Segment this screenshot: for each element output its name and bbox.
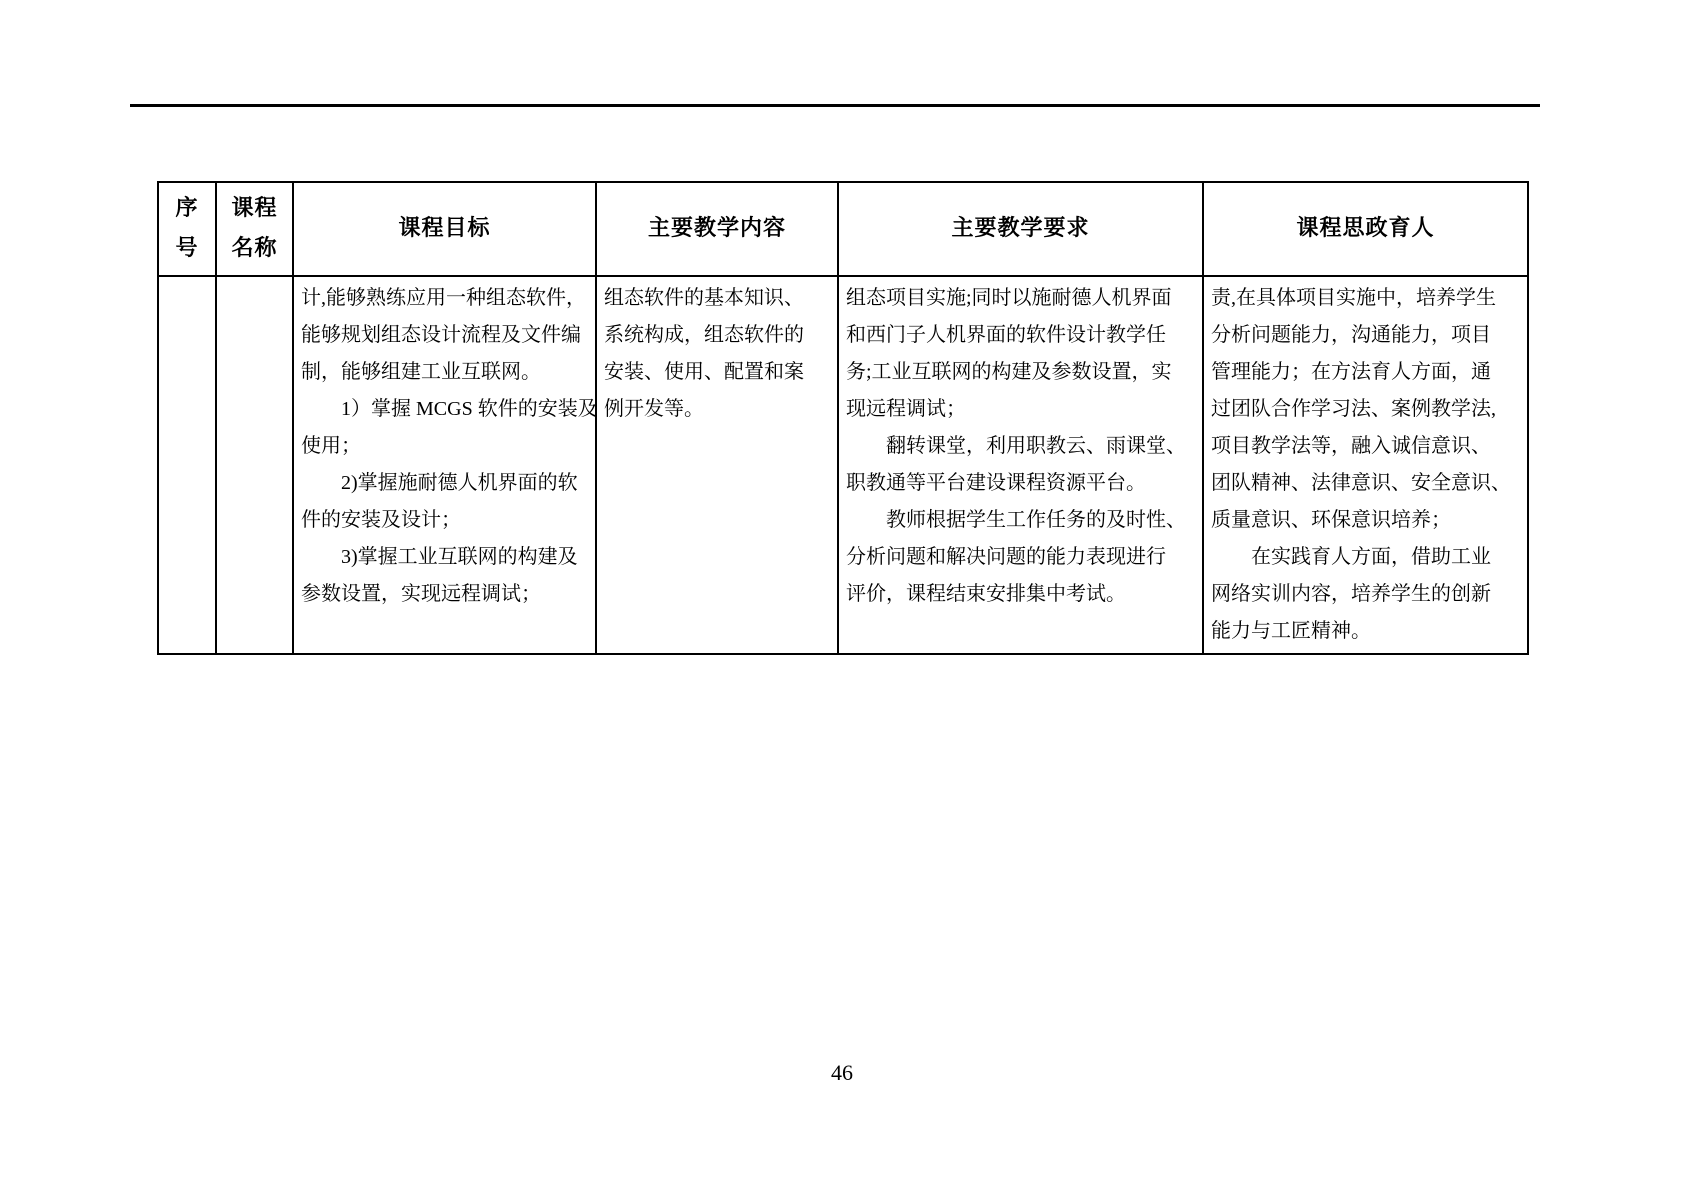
column-header-main-teaching-content: 主要教学内容 bbox=[596, 182, 838, 276]
cell-main-teaching-requirements: 组态项目实施;同时以施耐德人机界面和西门子人机界面的软件设计教学任务;工业互联网… bbox=[838, 276, 1203, 654]
column-header-course-name: 课程名称 bbox=[216, 182, 293, 276]
table-body-row: 计,能够熟练应用一种组态软件，能够规划组态设计流程及文件编制，能够组建工业互联网… bbox=[158, 276, 1528, 654]
column-header-ideological-education-label: 课程思政育人 bbox=[1204, 183, 1527, 273]
column-header-course-name-label: 课程名称 bbox=[217, 183, 292, 273]
column-header-main-teaching-requirements-label: 主要教学要求 bbox=[839, 183, 1202, 273]
cell-ideological-education-text: 责,在具体项目实施中，培养学生分析问题能力，沟通能力，项目管理能力；在方法育人方… bbox=[1204, 277, 1527, 650]
cell-main-teaching-content-text: 组态软件的基本知识、系统构成，组态软件的安装、使用、配置和案例开发等。 bbox=[597, 277, 837, 428]
cell-serial-number-text bbox=[159, 277, 215, 280]
document-page: 序号 课程名称 课程目标 主要教学内容 主要教学要求 课程思政育人 bbox=[0, 0, 1684, 1191]
column-header-serial-number: 序号 bbox=[158, 182, 216, 276]
cell-main-teaching-requirements-text: 组态项目实施;同时以施耐德人机界面和西门子人机界面的软件设计教学任务;工业互联网… bbox=[839, 277, 1202, 613]
cell-course-objectives-text: 计,能够熟练应用一种组态软件，能够规划组态设计流程及文件编制，能够组建工业互联网… bbox=[294, 277, 595, 613]
cell-course-name bbox=[216, 276, 293, 654]
column-header-ideological-education: 课程思政育人 bbox=[1203, 182, 1528, 276]
cell-course-name-text bbox=[217, 277, 292, 280]
column-header-main-teaching-content-label: 主要教学内容 bbox=[597, 183, 837, 273]
cell-course-objectives: 计,能够熟练应用一种组态软件，能够规划组态设计流程及文件编制，能够组建工业互联网… bbox=[293, 276, 596, 654]
table-header-row: 序号 课程名称 课程目标 主要教学内容 主要教学要求 课程思政育人 bbox=[158, 182, 1528, 276]
column-header-serial-number-label: 序号 bbox=[159, 183, 215, 273]
course-table: 序号 课程名称 课程目标 主要教学内容 主要教学要求 课程思政育人 bbox=[157, 181, 1529, 655]
cell-ideological-education: 责,在具体项目实施中，培养学生分析问题能力，沟通能力，项目管理能力；在方法育人方… bbox=[1203, 276, 1528, 654]
column-header-course-objectives-label: 课程目标 bbox=[294, 183, 595, 273]
page-number: 46 bbox=[0, 1060, 1684, 1086]
column-header-main-teaching-requirements: 主要教学要求 bbox=[838, 182, 1203, 276]
page-header-rule bbox=[130, 104, 1540, 107]
column-header-course-objectives: 课程目标 bbox=[293, 182, 596, 276]
cell-serial-number bbox=[158, 276, 216, 654]
cell-main-teaching-content: 组态软件的基本知识、系统构成，组态软件的安装、使用、配置和案例开发等。 bbox=[596, 276, 838, 654]
